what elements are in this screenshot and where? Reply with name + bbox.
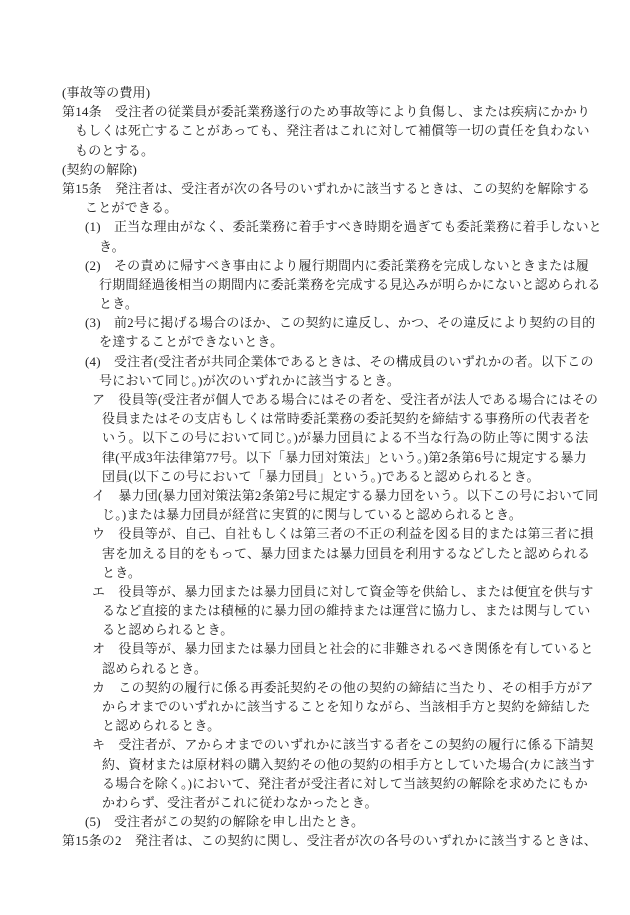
- document-line: じ。)または暴力団員が経営に実質的に関与していると認められるとき。: [102, 505, 630, 524]
- document-line: (4) 受注者(受注者が共同企業体であるときは、その構成員のいずれかの者。以下こ…: [85, 352, 630, 371]
- document-line: (3) 前2号に掲げる場合のほか、この契約に違反し、かつ、その違反により契約の目…: [85, 313, 630, 332]
- document-line: (5) 受注者がこの契約の解除を申し出たとき。: [85, 812, 630, 831]
- document-line: ものとする。: [75, 141, 630, 160]
- document-line: からオまでのいずれかに該当することを知りながら、当該相手方と契約を締結した: [102, 697, 630, 716]
- document-line: ウ 役員等が、自己、自社もしくは第三者の不正の利益を図る目的または第三者に損: [92, 524, 630, 543]
- document-line: とき。: [99, 294, 630, 313]
- document-line: カ この契約の履行に係る再委託契約その他の契約の締結に当たり、その相手方がア: [92, 678, 630, 697]
- document-line: 約、資材または原材料の購入契約その他の契約の相手方としていた場合(カに該当す: [102, 755, 630, 774]
- document-line: 号において同じ。)が次のいずれかに該当するとき。: [99, 371, 630, 390]
- document-line: と認められるとき。: [102, 716, 630, 735]
- document-line: いう。以下この号において同じ。)が暴力団員による不当な行為の防止等に関する法: [102, 428, 630, 447]
- document-line: (事故等の費用): [62, 83, 630, 102]
- document-line: る場合を除く。)において、発注者が受注者に対して当該契約の解除を求めたにもか: [102, 774, 630, 793]
- document-line: ことができる。: [85, 198, 630, 217]
- document-line: き。: [99, 237, 630, 256]
- document-line: るなど直接的または積極的に暴力団の維持または運営に協力し、または関与してい: [102, 601, 630, 620]
- contract-document-page: (事故等の費用)第14条 受注者の従業員が委託業務遂行のため事故等により負傷し、…: [0, 0, 630, 915]
- document-line: 第15条の2 発注者は、この契約に関し、受注者が次の各号のいずれかに該当するとき…: [62, 831, 630, 850]
- document-line: (1) 正当な理由がなく、委託業務に着手すべき時期を過ぎても委託業務に着手しない…: [85, 217, 630, 236]
- contract-text-block: (事故等の費用)第14条 受注者の従業員が委託業務遂行のため事故等により負傷し、…: [0, 83, 630, 851]
- document-line: 害を加える目的をもって、暴力団または暴力団員を利用するなどしたと認められる: [102, 544, 630, 563]
- document-line: 役員またはその支店もしくは常時委託業務の委託契約を締結する事務所の代表者を: [102, 409, 630, 428]
- document-line: 律(平成3年法律第77号。以下「暴力団対策法」という。)第2条第6号に規定する暴…: [102, 448, 630, 467]
- document-line: (2) その責めに帰すべき事由により履行期間内に委託業務を完成しないときまたは履: [85, 256, 630, 275]
- document-line: 団員(以下この号において「暴力団員」という。)であると認められるとき。: [102, 467, 630, 486]
- document-line: エ 役員等が、暴力団または暴力団員に対して資金等を供給し、または便宜を供与す: [92, 582, 630, 601]
- document-line: 認められるとき。: [102, 659, 630, 678]
- document-line: ア 役員等(受注者が個人である場合にはその者を、受注者が法人である場合にはその: [92, 390, 630, 409]
- document-line: 第15条 発注者は、受注者が次の各号のいずれかに該当するときは、この契約を解除す…: [62, 179, 630, 198]
- document-line: オ 役員等が、暴力団または暴力団員と社会的に非難されるべき関係を有していると: [92, 639, 630, 658]
- document-line: (契約の解除): [62, 160, 630, 179]
- document-line: とき。: [102, 563, 630, 582]
- document-line: かわらず、受注者がこれに従わなかったとき。: [102, 793, 630, 812]
- document-line: 行期間経過後相当の期間内に委託業務を完成する見込みが明らかにないと認められる: [99, 275, 630, 294]
- document-line: イ 暴力団(暴力団対策法第2条第2号に規定する暴力団をいう。以下この号において同: [92, 486, 630, 505]
- document-line: 第14条 受注者の従業員が委託業務遂行のため事故等により負傷し、または疾病にかか…: [62, 102, 630, 121]
- document-line: もしくは死亡することがあっても、発注者はこれに対して補償等一切の責任を負わない: [75, 121, 630, 140]
- document-line: ると認められるとき。: [102, 620, 630, 639]
- document-line: を達することができないとき。: [99, 332, 630, 351]
- document-line: キ 受注者が、アからオまでのいずれかに該当する者をこの契約の履行に係る下請契: [92, 735, 630, 754]
